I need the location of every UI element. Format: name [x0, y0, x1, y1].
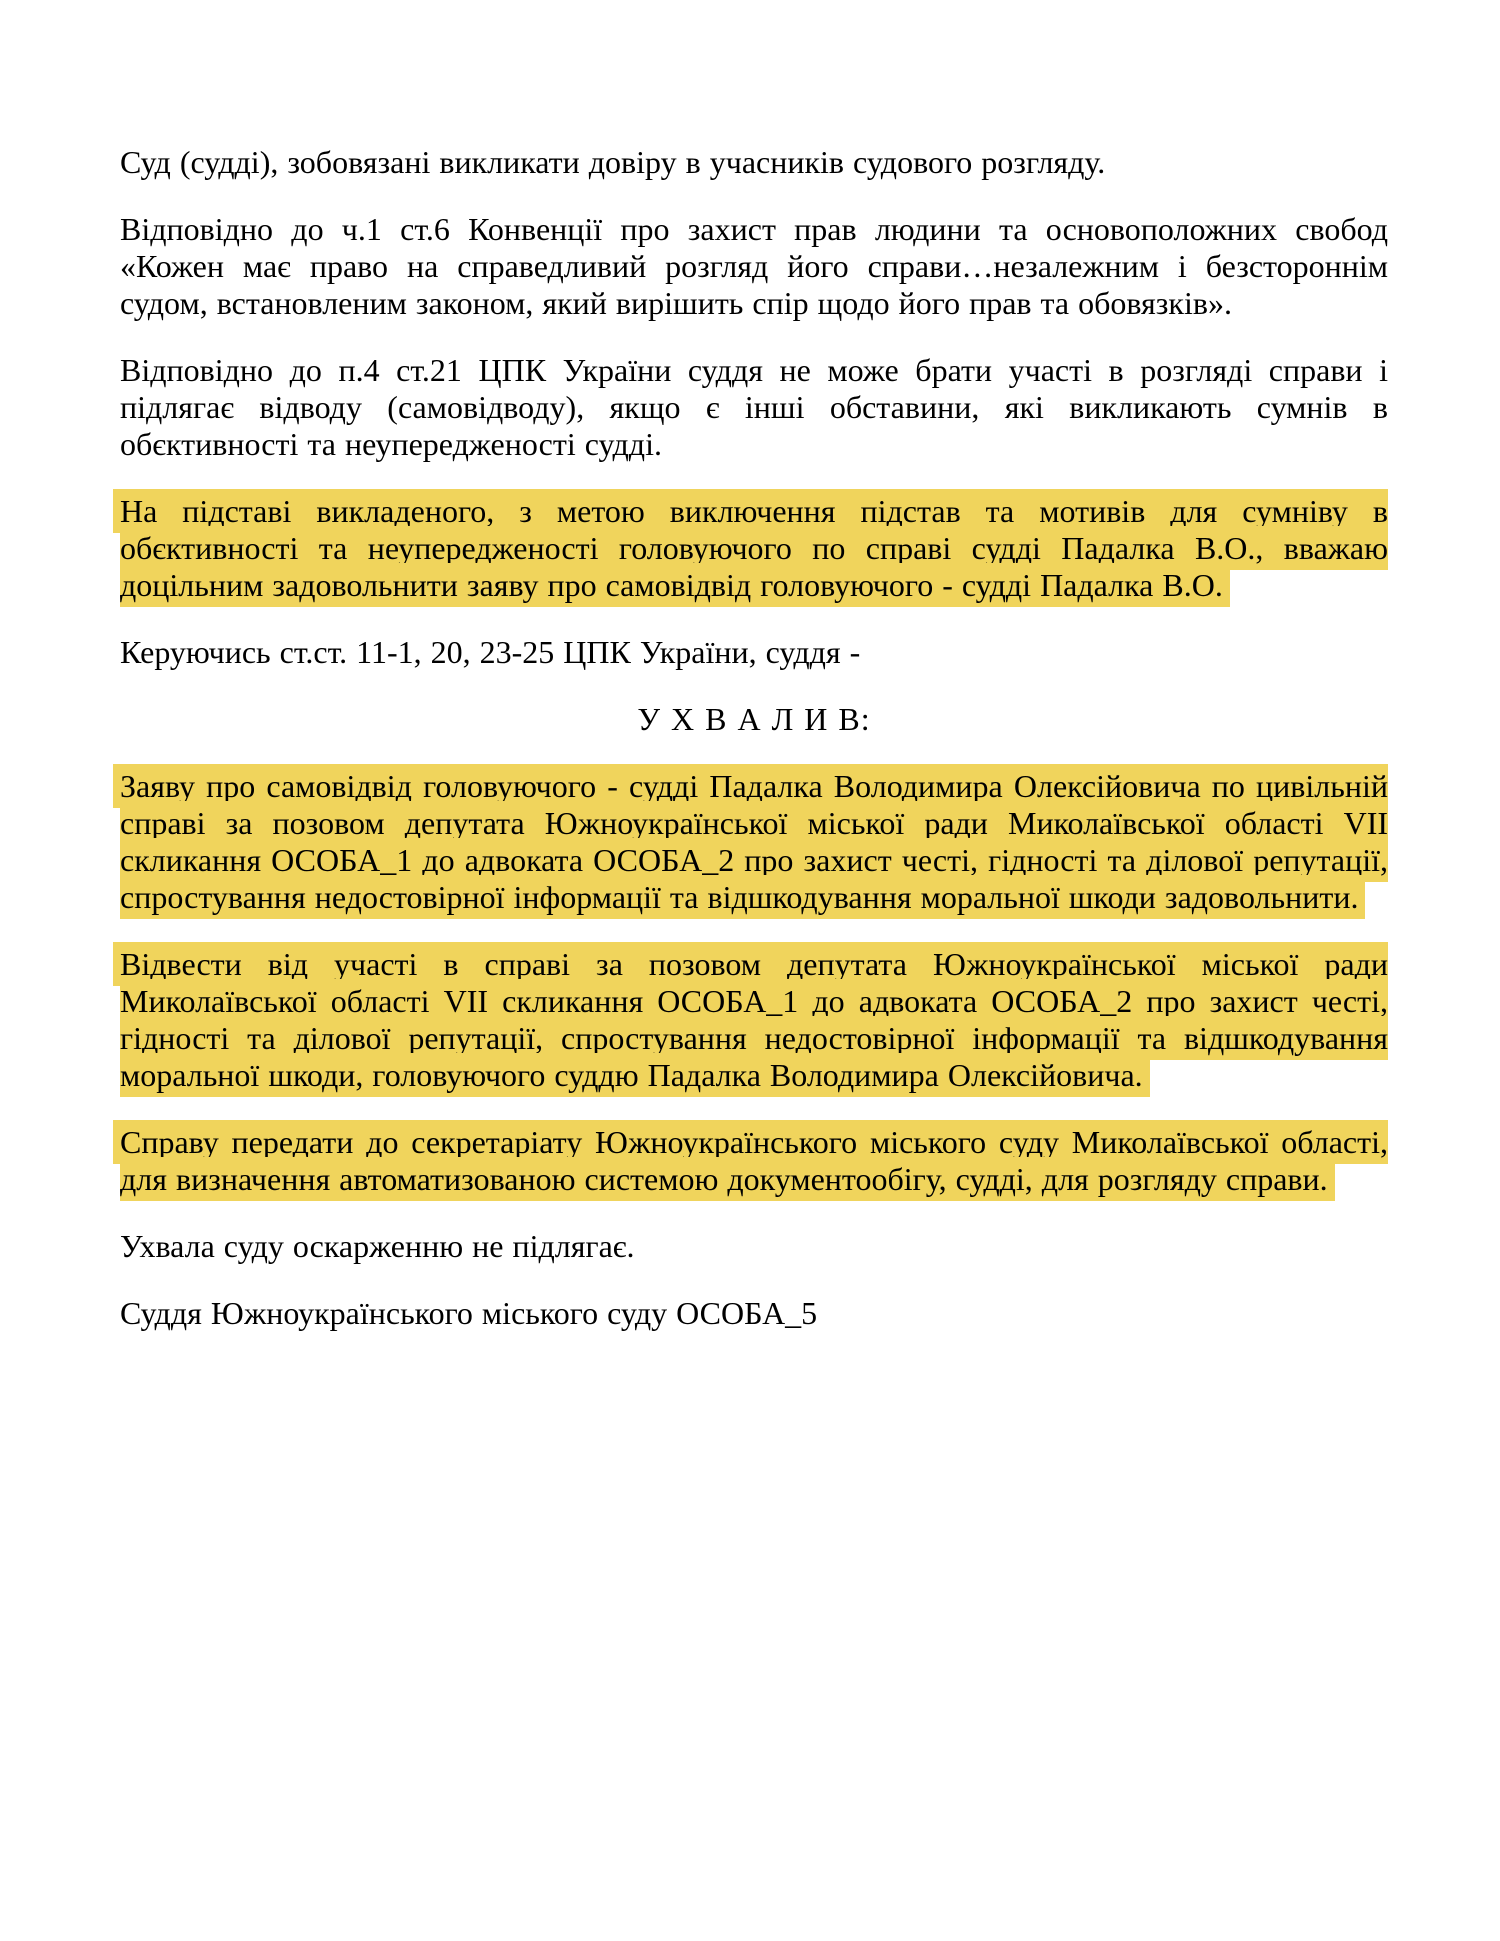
- paragraph-ruling-transfer: Справу передати до секретаріату Южноукра…: [120, 1124, 1388, 1198]
- paragraph-legal-basis: Керуючись ст.ст. 11-1, 20, 23-25 ЦПК Укр…: [120, 634, 1388, 671]
- court-ruling-page: Суд (судді), зобовязані викликати довіру…: [0, 0, 1500, 1941]
- highlight-mark-conclusion: На підставі викладеного, з метою виключе…: [113, 489, 1388, 607]
- paragraph-ruling-recuse: Відвести від участі в справі за позовом …: [120, 946, 1388, 1094]
- resolution-heading: У Х В А Л И В:: [120, 701, 1388, 738]
- paragraph-conclusion: На підставі викладеного, з метою виключе…: [120, 493, 1388, 604]
- paragraph-no-appeal: Ухвала суду оскарженню не підлягає.: [120, 1228, 1388, 1265]
- paragraph-judge-signature: Суддя Южноукраїнського міського суду ОСО…: [120, 1295, 1388, 1332]
- paragraph-court-trust: Суд (судді), зобовязані викликати довіру…: [120, 144, 1388, 181]
- paragraph-cpk-art21: Відповідно до п.4 ст.21 ЦПК України судд…: [120, 352, 1388, 463]
- paragraph-convention-art6: Відповідно до ч.1 ст.6 Конвенції про зах…: [120, 211, 1388, 322]
- paragraph-ruling-satisfy: Заяву про самовідвід головуючого - судді…: [120, 768, 1388, 916]
- highlight-mark-ruling-transfer: Справу передати до секретаріату Южноукра…: [113, 1120, 1388, 1201]
- highlight-mark-ruling-recuse: Відвести від участі в справі за позовом …: [113, 942, 1388, 1097]
- highlight-mark-ruling-satisfy: Заяву про самовідвід головуючого - судді…: [113, 764, 1388, 919]
